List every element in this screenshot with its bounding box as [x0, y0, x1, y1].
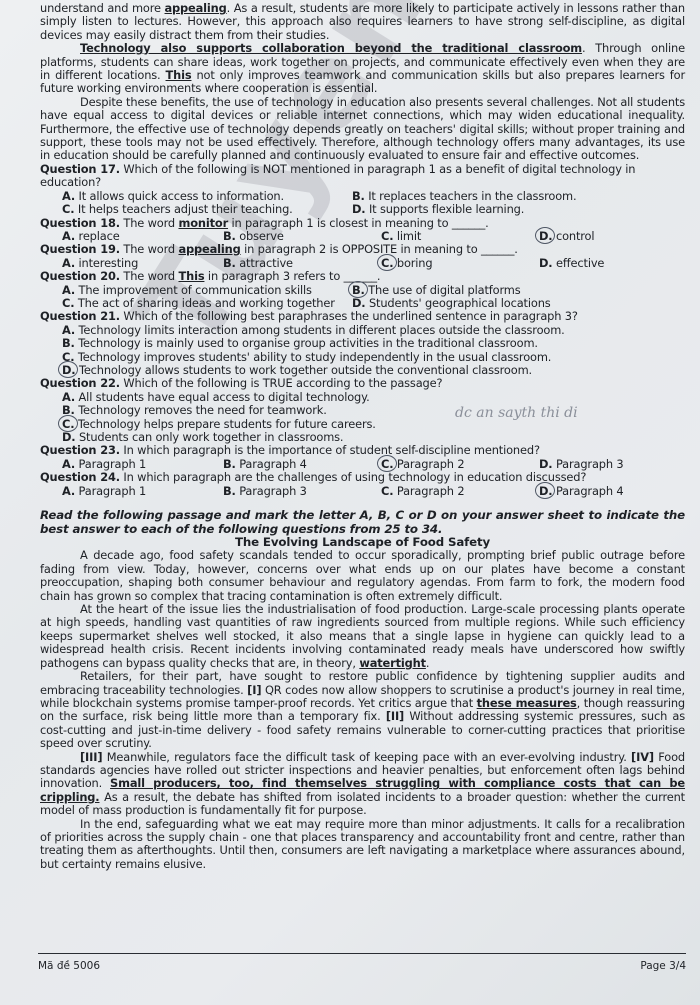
option-text: Technology is mainly used to organise gr…: [75, 336, 538, 350]
option-letter: D.: [62, 430, 75, 444]
page-footer: Mã đề 5006 Page 3/4: [38, 953, 686, 972]
passage2-body: A decade ago, food safety scandals tende…: [40, 549, 685, 871]
option-text: boring: [393, 256, 432, 270]
question-label: Question 17.: [40, 162, 120, 176]
option-text: Paragraph 1: [75, 484, 146, 498]
passage1-paragraph2-end: understand and more appealing. As a resu…: [40, 2, 685, 42]
option-text: It allows quick access to information.: [75, 189, 284, 203]
answer-option[interactable]: A. Paragraph 1: [62, 458, 223, 471]
answer-option[interactable]: D. Technology allows students to work to…: [62, 364, 685, 377]
option-text: Paragraph 2: [393, 457, 464, 471]
option-letter: A.: [62, 323, 75, 337]
question-stem: Question 17. Which of the following is N…: [40, 163, 685, 190]
answer-option[interactable]: C. boring: [381, 257, 539, 270]
question-stem: Question 21. Which of the following best…: [40, 310, 685, 323]
option-text: limit: [393, 229, 421, 243]
answer-option[interactable]: C. Technology improves students' ability…: [62, 351, 685, 364]
option-text: interesting: [75, 256, 138, 270]
answer-option[interactable]: B. Technology is mainly used to organise…: [62, 337, 685, 350]
option-letter: A.: [62, 189, 75, 203]
question-label: Question 21.: [40, 309, 120, 323]
option-letter: A.: [62, 256, 75, 270]
passage2-paragraph-4: [III] Meanwhile, regulators face the dif…: [40, 751, 685, 818]
passage1-paragraph4: Despite these benefits, the use of techn…: [40, 96, 685, 163]
answer-option[interactable]: B. observe: [223, 230, 381, 243]
option-letter: A.: [62, 484, 75, 498]
option-text: Paragraph 4: [236, 457, 307, 471]
question-stem: Question 19. The word appealing in parag…: [40, 243, 685, 256]
answer-option[interactable]: B. Technology removes the need for teamw…: [62, 404, 685, 417]
option-letter: A.: [62, 283, 75, 297]
option-text: The improvement of communication skills: [75, 283, 312, 297]
answer-option[interactable]: A. Technology limits interaction among s…: [62, 324, 685, 337]
question-label: Question 22.: [40, 376, 120, 390]
option-text: Technology removes the need for teamwork…: [75, 403, 327, 417]
option-letter: D.: [352, 296, 365, 310]
option-letter: C.: [62, 417, 74, 431]
answer-option[interactable]: D. Paragraph 3: [539, 458, 689, 471]
answer-option[interactable]: A. The improvement of communication skil…: [62, 284, 352, 297]
option-text: effective: [552, 256, 604, 270]
question-18: Question 18. The word monitor in paragra…: [40, 217, 685, 244]
answer-option[interactable]: C. Technology helps prepare students for…: [62, 418, 685, 431]
answer-option[interactable]: C. Paragraph 2: [381, 458, 539, 471]
option-letter: D.: [352, 202, 365, 216]
question-22: Question 22. Which of the following is T…: [40, 377, 685, 444]
option-text: Paragraph 1: [75, 457, 146, 471]
option-letter: C.: [381, 256, 393, 270]
answer-option[interactable]: C. It helps teachers adjust their teachi…: [62, 203, 352, 216]
option-text: Paragraph 4: [552, 484, 623, 498]
option-letter: B.: [62, 336, 75, 350]
answer-option[interactable]: B. It replaces teachers in the classroom…: [352, 190, 682, 203]
option-letter: B.: [223, 229, 236, 243]
option-letter: D.: [539, 484, 552, 498]
option-letter: C.: [381, 229, 393, 243]
option-letter: B.: [223, 256, 236, 270]
answer-option[interactable]: C. Paragraph 2: [381, 485, 539, 498]
answer-option[interactable]: B. The use of digital platforms: [352, 284, 682, 297]
answer-option[interactable]: A. Paragraph 1: [62, 485, 223, 498]
passage2-paragraph-2: At the heart of the issue lies the indus…: [40, 603, 685, 670]
passage2-paragraph-3: Retailers, for their part, have sought t…: [40, 670, 685, 750]
passage2-paragraph-5: In the end, safeguarding what we eat may…: [40, 818, 685, 872]
option-text: Paragraph 3: [552, 457, 623, 471]
option-letter: B.: [352, 189, 365, 203]
option-letter: C.: [62, 202, 74, 216]
option-letter: D.: [539, 256, 552, 270]
question-label: Question 18.: [40, 216, 120, 230]
question-23: Question 23. In which paragraph is the i…: [40, 444, 685, 471]
question-list: Question 17. Which of the following is N…: [40, 163, 685, 498]
option-text: control: [552, 229, 594, 243]
instruction-text: Read the following passage and mark the …: [40, 508, 685, 536]
passage1-paragraph3: Technology also supports collaboration b…: [40, 42, 685, 96]
answer-option[interactable]: A. replace: [62, 230, 223, 243]
answer-option[interactable]: D. control: [539, 230, 689, 243]
option-letter: C.: [381, 484, 393, 498]
option-text: Paragraph 3: [236, 484, 307, 498]
question-21: Question 21. Which of the following best…: [40, 310, 685, 377]
option-text: It helps teachers adjust their teaching.: [74, 202, 292, 216]
passage2-title: The Evolving Landscape of Food Safety: [40, 536, 685, 549]
option-text: Students can only work together in class…: [75, 430, 343, 444]
answer-option[interactable]: B. attractive: [223, 257, 381, 270]
question-24: Question 24. In which paragraph are the …: [40, 471, 685, 498]
answer-option[interactable]: B. Paragraph 4: [223, 458, 381, 471]
answer-option[interactable]: D. Paragraph 4: [539, 485, 689, 498]
answer-option[interactable]: A. interesting: [62, 257, 223, 270]
option-text: It replaces teachers in the classroom.: [365, 189, 577, 203]
answer-option[interactable]: D. It supports flexible learning.: [352, 203, 682, 216]
answer-option[interactable]: A. It allows quick access to information…: [62, 190, 352, 203]
question-label: Question 23.: [40, 443, 120, 457]
option-text: Students' geographical locations: [365, 296, 550, 310]
option-letter: D.: [539, 229, 552, 243]
option-text: Technology improves students' ability to…: [74, 350, 551, 364]
option-text: All students have equal access to digita…: [75, 390, 369, 404]
option-text: attractive: [236, 256, 293, 270]
page-number: Page 3/4: [640, 960, 686, 972]
answer-option[interactable]: D. Students can only work together in cl…: [62, 431, 685, 444]
exam-page: understand and more appealing. As a resu…: [40, 2, 685, 871]
answer-option[interactable]: D. Students' geographical locations: [352, 297, 682, 310]
option-letter: B.: [352, 283, 365, 297]
answer-option[interactable]: A. All students have equal access to dig…: [62, 391, 685, 404]
option-letter: B.: [223, 484, 236, 498]
question-19: Question 19. The word appealing in parag…: [40, 243, 685, 270]
option-text: The use of digital platforms: [365, 283, 521, 297]
option-letter: A.: [62, 229, 75, 243]
question-stem: Question 18. The word monitor in paragra…: [40, 217, 685, 230]
option-text: replace: [75, 229, 120, 243]
answer-option[interactable]: B. Paragraph 3: [223, 485, 381, 498]
question-20: Question 20. The word This in paragraph …: [40, 270, 685, 310]
option-letter: B.: [223, 457, 236, 471]
option-letter: C.: [62, 296, 74, 310]
question-label: Question 20.: [40, 269, 120, 283]
option-text: observe: [236, 229, 284, 243]
answer-option[interactable]: D. effective: [539, 257, 689, 270]
question-stem: Question 22. Which of the following is T…: [40, 377, 685, 390]
option-text: It supports flexible learning.: [365, 202, 524, 216]
option-letter: D.: [539, 457, 552, 471]
question-stem: Question 24. In which paragraph are the …: [40, 471, 685, 484]
answer-option[interactable]: C. The act of sharing ideas and working …: [62, 297, 352, 310]
question-label: Question 19.: [40, 242, 120, 256]
exam-code: Mã đề 5006: [38, 960, 100, 972]
answer-option[interactable]: C. limit: [381, 230, 539, 243]
passage2-paragraph-1: A decade ago, food safety scandals tende…: [40, 549, 685, 603]
question-17: Question 17. Which of the following is N…: [40, 163, 685, 217]
question-label: Question 24.: [40, 470, 120, 484]
option-text: Technology allows students to work toget…: [75, 363, 532, 377]
option-letter: D.: [62, 363, 75, 377]
option-letter: A.: [62, 390, 75, 404]
option-text: The act of sharing ideas and working tog…: [74, 296, 334, 310]
option-text: Paragraph 2: [393, 484, 464, 498]
option-text: Technology helps prepare students for fu…: [74, 417, 375, 431]
option-text: Technology limits interaction among stud…: [75, 323, 565, 337]
handwritten-note: dc an sayth thi di: [455, 405, 578, 421]
option-letter: C.: [381, 457, 393, 471]
question-stem: Question 23. In which paragraph is the i…: [40, 444, 685, 457]
option-letter: A.: [62, 457, 75, 471]
